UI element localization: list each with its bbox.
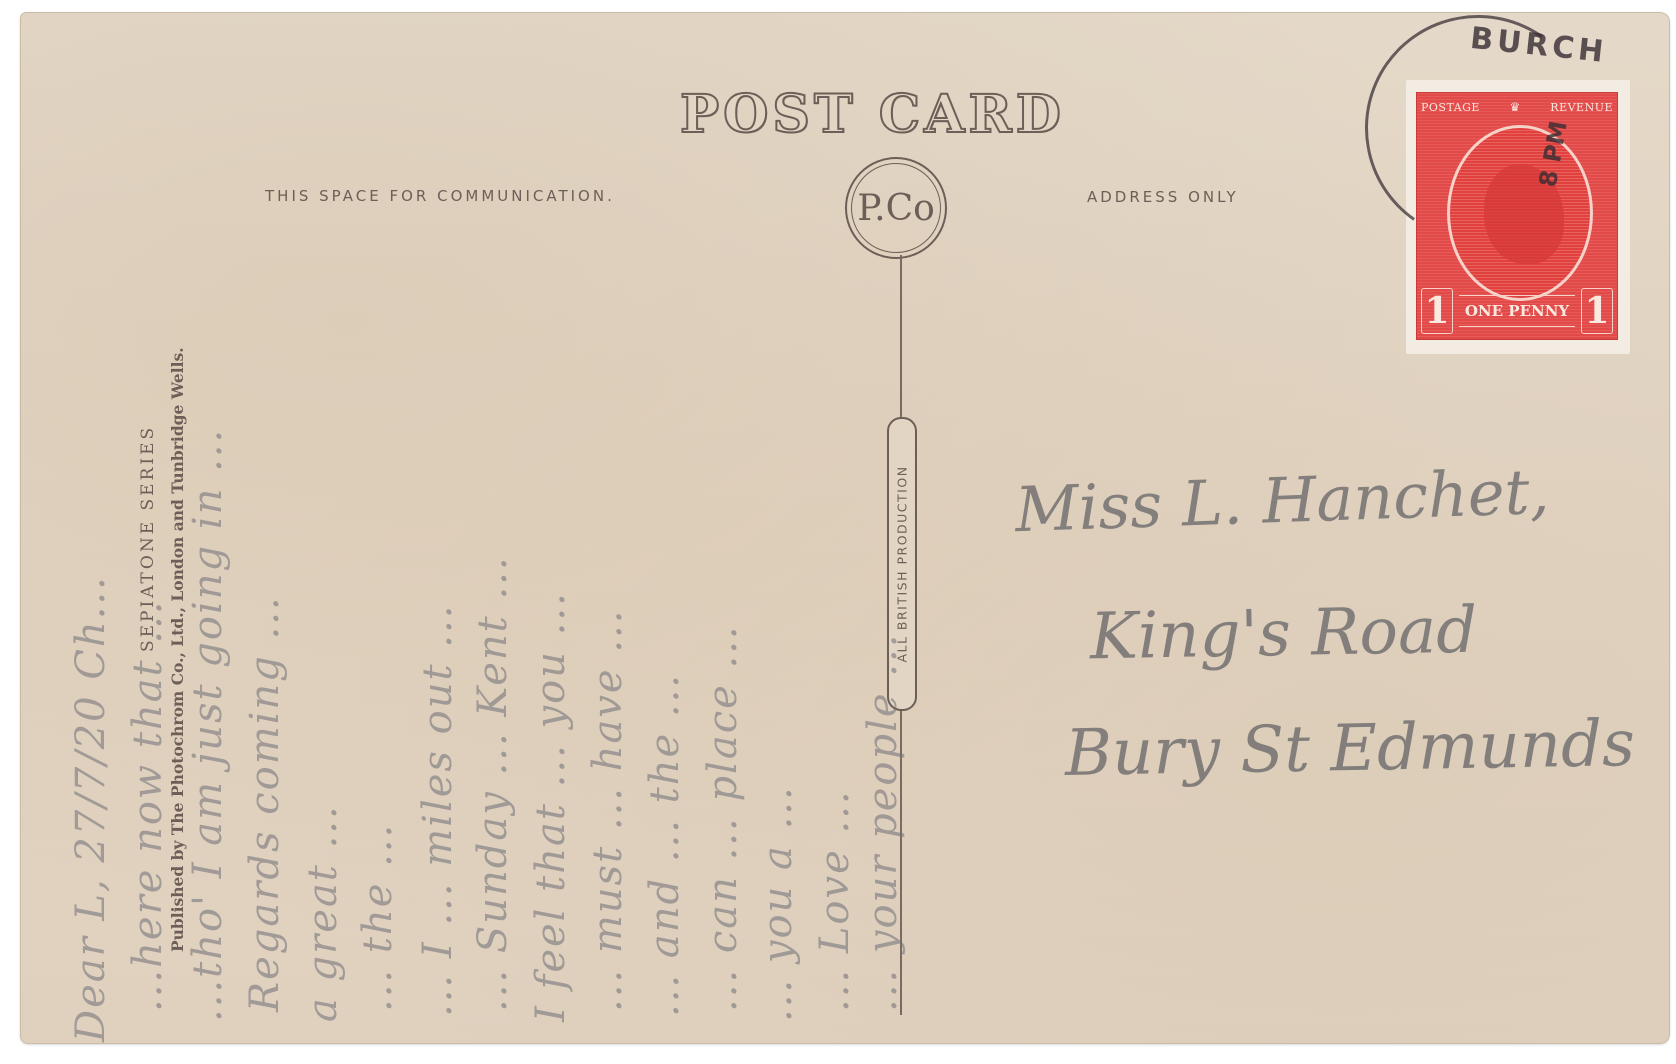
communication-label: THIS SPACE FOR COMMUNICATION. <box>265 187 615 205</box>
stamp-numeral-right: 1 <box>1581 288 1613 334</box>
message-line: ... and ... the ... <box>642 673 688 1017</box>
message-line: ... Sunday ... Kent ... <box>470 555 516 1012</box>
message-line: a great ... <box>300 804 346 1022</box>
message-line: ...here now that ... <box>125 600 171 1013</box>
message-line: ... the ... <box>355 823 401 1012</box>
message-line: ...tho' I am just going in ... <box>185 428 231 1022</box>
stamp-value-band: 1 ONE PENNY 1 <box>1421 287 1613 335</box>
message-line: Dear L, 27/7/20 Ch... <box>68 575 114 1042</box>
message-line: ... I ... miles out ... <box>415 604 461 1017</box>
stamp-numeral-left: 1 <box>1421 288 1453 334</box>
message-line: ... you a ... <box>755 785 801 1022</box>
message-line: ... must ... have ... <box>585 609 631 1012</box>
pco-logo-icon: P.Co <box>845 157 947 259</box>
message-line: ... Love ... <box>812 789 858 1012</box>
address-line-street: King's Road <box>1089 594 1477 675</box>
postcard-title: POST CARD <box>680 84 1065 145</box>
address-line-name: Miss L. Hanchet, <box>1014 455 1550 547</box>
message-line: Regards coming ... <box>242 595 288 1012</box>
address-label: ADDRESS ONLY <box>1087 188 1239 206</box>
pco-logo-text: P.Co <box>857 188 935 229</box>
stamp-value-text: ONE PENNY <box>1459 295 1575 327</box>
address-line-town: Bury St Edmunds <box>1064 707 1635 791</box>
message-line: ... can ... place ... <box>700 624 746 1012</box>
message-line: I feel that ... you ... <box>528 591 574 1022</box>
message-line: ... your people ... <box>860 633 906 1012</box>
